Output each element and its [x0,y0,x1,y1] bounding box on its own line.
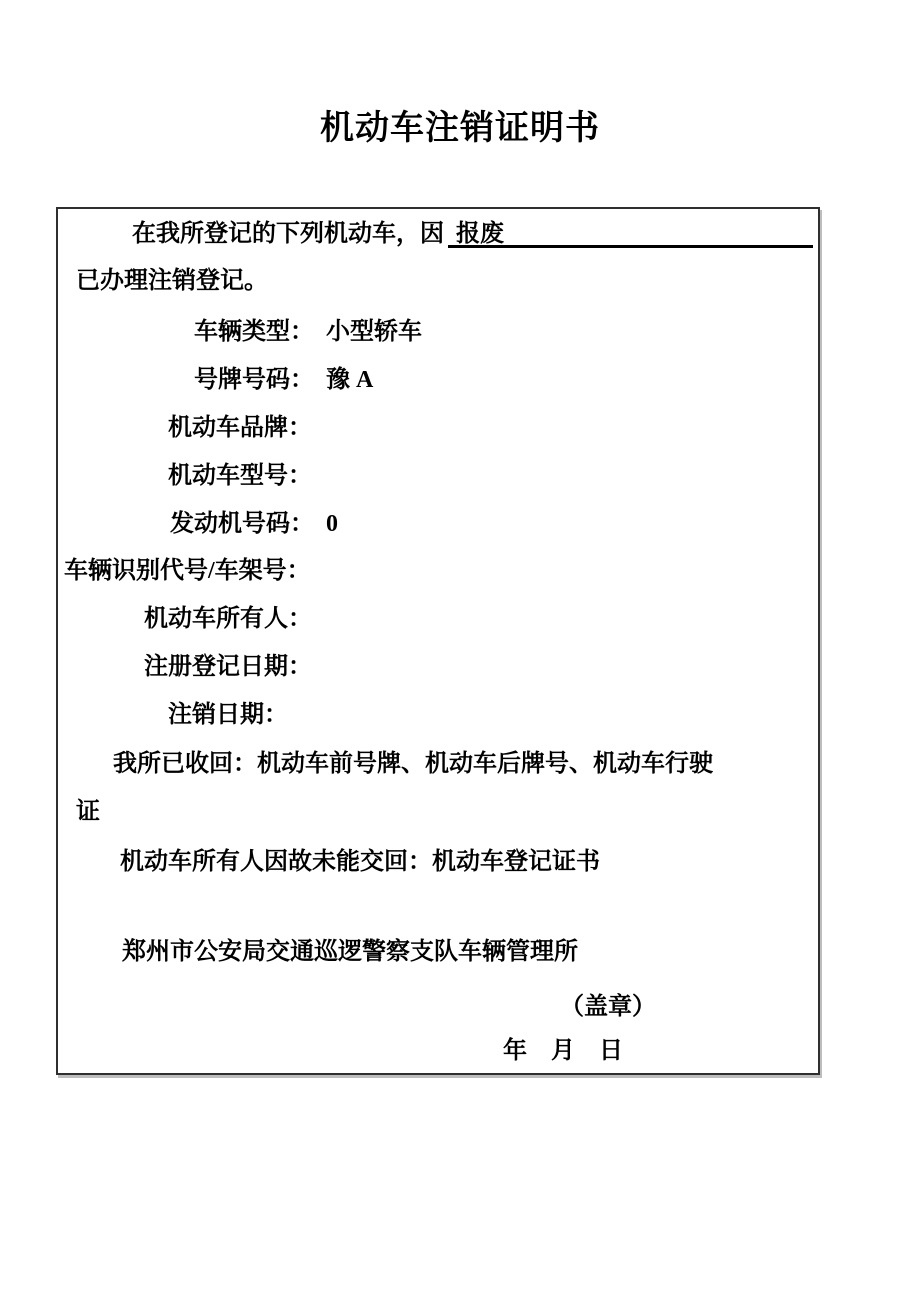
intro-prefix: 在我所登记的下列机动车，因 [132,220,444,248]
field-label: 注册登记日期： [144,654,312,680]
field-label: 机动车品牌： [168,415,312,441]
field-vehicle-model: 机动车型号： [168,462,324,490]
field-plate-number: 号牌号码：豫 A [194,366,373,394]
issuing-authority: 郑州市公安局交通巡逻警察支队车辆管理所 [122,938,578,966]
field-engine-number: 发动机号码：0 [170,510,338,538]
field-value: 豫 A [326,367,373,393]
not-returned-line: 机动车所有人因故未能交回：机动车登记证书 [120,848,600,876]
field-value: 0 [326,511,338,537]
field-owner: 机动车所有人： [144,605,324,633]
field-deregistration-date: 注销日期： [168,701,300,729]
deregistration-reason-blank: 报废 [448,220,813,248]
intro-line: 在我所登记的下列机动车，因 报废 [132,220,813,248]
field-vin: 车辆识别代号/车架号： [64,557,323,585]
recovered-items-wrap: 证 [76,798,100,826]
field-label: 机动车型号： [168,463,312,489]
date-line: 年 月 日 [503,1037,623,1065]
certificate-page: 机动车注销证明书 在我所登记的下列机动车，因 报废 已办理注销登记。 车辆类型：… [0,0,920,1302]
field-label: 发动机号码： [170,511,314,537]
page-title: 机动车注销证明书 [0,108,920,150]
field-value: 小型轿车 [326,319,422,345]
field-vehicle-type: 车辆类型：小型轿车 [194,318,422,346]
intro-suffix: 已办理注销登记。 [76,267,268,295]
recovered-items-line: 我所已收回：机动车前号牌、机动车后牌号、机动车行驶 [113,750,713,778]
field-label: 注销日期： [168,702,288,728]
seal-placeholder: （盖章） [560,993,656,1021]
field-label: 车辆识别代号/车架号： [64,558,311,584]
field-registration-date: 注册登记日期： [144,653,324,681]
field-vehicle-brand: 机动车品牌： [168,414,324,442]
field-label: 机动车所有人： [144,606,312,632]
field-label: 号牌号码： [194,367,314,393]
field-label: 车辆类型： [194,319,314,345]
